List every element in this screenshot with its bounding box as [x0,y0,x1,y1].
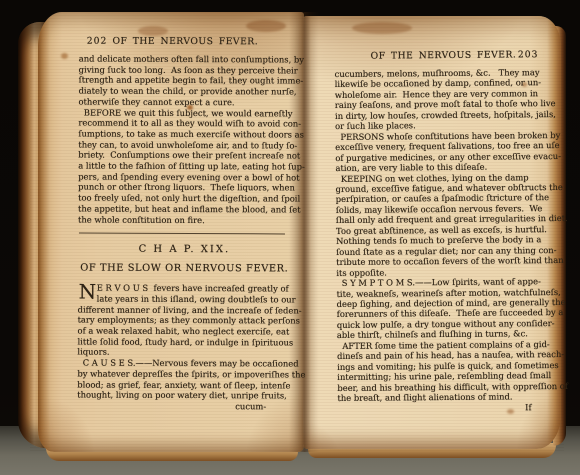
text-line: thought, living on poor watery diet, unr… [77,390,290,402]
text-line: too freely uſed, not only hurt the digeſ… [78,193,291,205]
paragraph: cucumbers, melons, muſhrooms, &c. They m… [335,67,554,132]
text-line: recommend it to all as they would wiſh t… [78,118,291,130]
left-page-header: 202 OF THE NERVOUS FEVER. [79,36,292,49]
text-line: tribute more to occaſion fevers of the w… [336,255,554,267]
text-line: of a weak relaxed habit, who neglect exe… [78,326,291,338]
text-line: the breaſt, and ſlight alienations of mi… [337,391,555,403]
right-page-text: OF THE NERVOUS FEVER. 203 cucumbers, mel… [334,49,555,414]
section-title: OF THE SLOW OR NERVOUS FEVER. [78,263,291,275]
paragraph: and delicate mothers often fall into con… [79,54,292,108]
section-rule [79,233,285,235]
right-page-body: cucumbers, melons, muſhrooms, &c. They m… [335,67,556,414]
paragraph: C A U S E S.——Nervous fevers may be occa… [77,358,290,402]
right-page-header: OF THE NERVOUS FEVER. 203 [334,49,552,63]
catchword: cucum- [77,401,290,413]
text-line: C A U S E S.——Nervous fevers may be occa… [77,358,290,370]
right-page-number: 203 [518,49,539,61]
text-line: late years in this iſland, owing doubtle… [78,293,291,305]
paragraph: AFTER ſome time the patient complains of… [337,339,556,404]
text-line: ſumptions, to take as much exerciſe with… [78,128,291,140]
book-photo: 202 OF THE NERVOUS FEVER. and delicate m… [0,0,580,475]
text-line: the whole conſtitution on fire. [78,214,291,226]
paragraph: KEEPING on wet clothes, lying on the dam… [335,172,554,278]
text-line: by whatever depreſſes the ſpirits, or im… [77,368,290,380]
left-page-number: 202 [87,36,108,48]
paragraph: BEFORE we quit this ſubject, we would ea… [78,107,292,226]
text-line: a little to the faſhion of ſitting up la… [78,161,291,173]
paragraph: NE R V O U S fevers have increaſed great… [77,283,290,359]
catchword: If [337,402,555,414]
right-running-title: OF THE NERVOUS FEVER. [371,49,517,61]
paragraph: S Y M P T O M S.——Low ſpirits, want of a… [336,276,555,341]
drop-cap: N [79,283,97,302]
left-page-body: and delicate mothers often fall into con… [77,54,292,413]
paragraph: PERSONS whoſe conſtitutions have been br… [335,130,553,174]
chapter-heading: C H A P. XIX. [78,244,291,257]
left-running-title: OF THE NERVOUS FEVER. [112,36,258,48]
text-line: the appetite, but heat and inflame the b… [78,203,291,215]
text-line: and delicate mothers often fall into con… [79,54,292,66]
left-page-text: 202 OF THE NERVOUS FEVER. and delicate m… [77,36,292,413]
text-line: diately to wean the child, or provide an… [79,86,292,98]
